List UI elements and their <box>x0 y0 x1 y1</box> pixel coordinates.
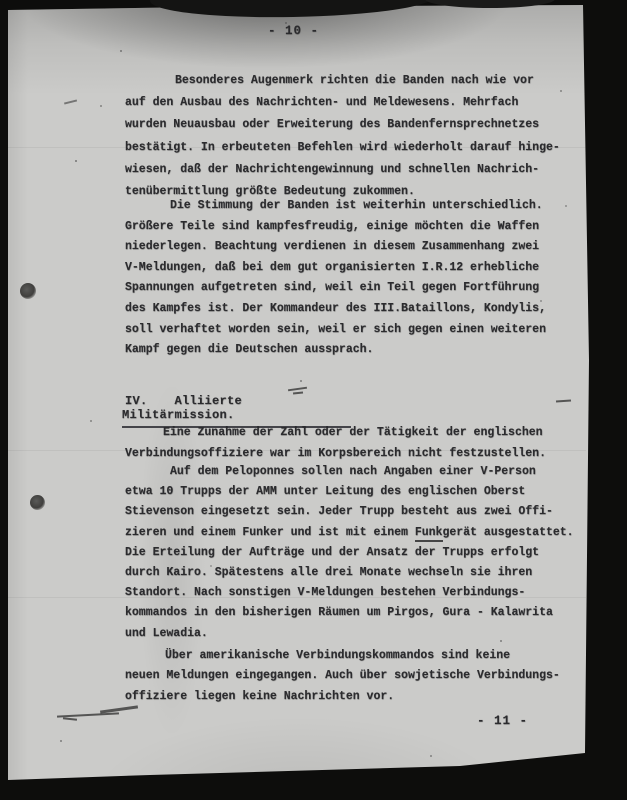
paragraph-amerikanische-sowjetische-kommandos: Über amerikanische Verbindungskommandos … <box>125 646 590 707</box>
document-page: - 10 - Besonderes Augenmerk richten die … <box>0 0 627 800</box>
punch-hole-upper <box>20 283 36 299</box>
scan-frame: - 10 - Besonderes Augenmerk richten die … <box>0 0 627 800</box>
dust-specks <box>75 160 77 162</box>
paragraph-bands-nachrichtenwesen: Besonderes Augenmerk richten die Banden … <box>125 70 590 203</box>
paragraph-stimmung-der-banden: Die Stimmung der Banden ist weiterhin un… <box>125 196 590 361</box>
paragraph-englische-verbindungsoffiziere: Eine Zunahme der Zahl oder der Tätigkeit… <box>125 422 590 464</box>
punch-hole-lower <box>30 495 45 510</box>
paragraph-peloponnes-amm-trupps: Auf dem Peloponnes sollen nach Angaben e… <box>125 462 590 644</box>
page-number-header: - 10 - <box>268 24 319 38</box>
margin-dash-mark <box>556 399 571 402</box>
scan-artifact-line <box>8 450 586 451</box>
underline-mark-funk <box>415 540 443 542</box>
scratch-mark <box>64 99 77 104</box>
pen-stroke-bottom-left-2 <box>100 705 138 713</box>
section-number: IV. <box>125 394 148 408</box>
page-number-footer: - 11 - <box>477 714 528 728</box>
pen-tick-above-heading <box>288 387 307 392</box>
scan-artifact-line <box>8 597 586 598</box>
scan-artifact-line <box>8 147 586 148</box>
pen-stroke-bottom-left-3 <box>63 717 77 720</box>
